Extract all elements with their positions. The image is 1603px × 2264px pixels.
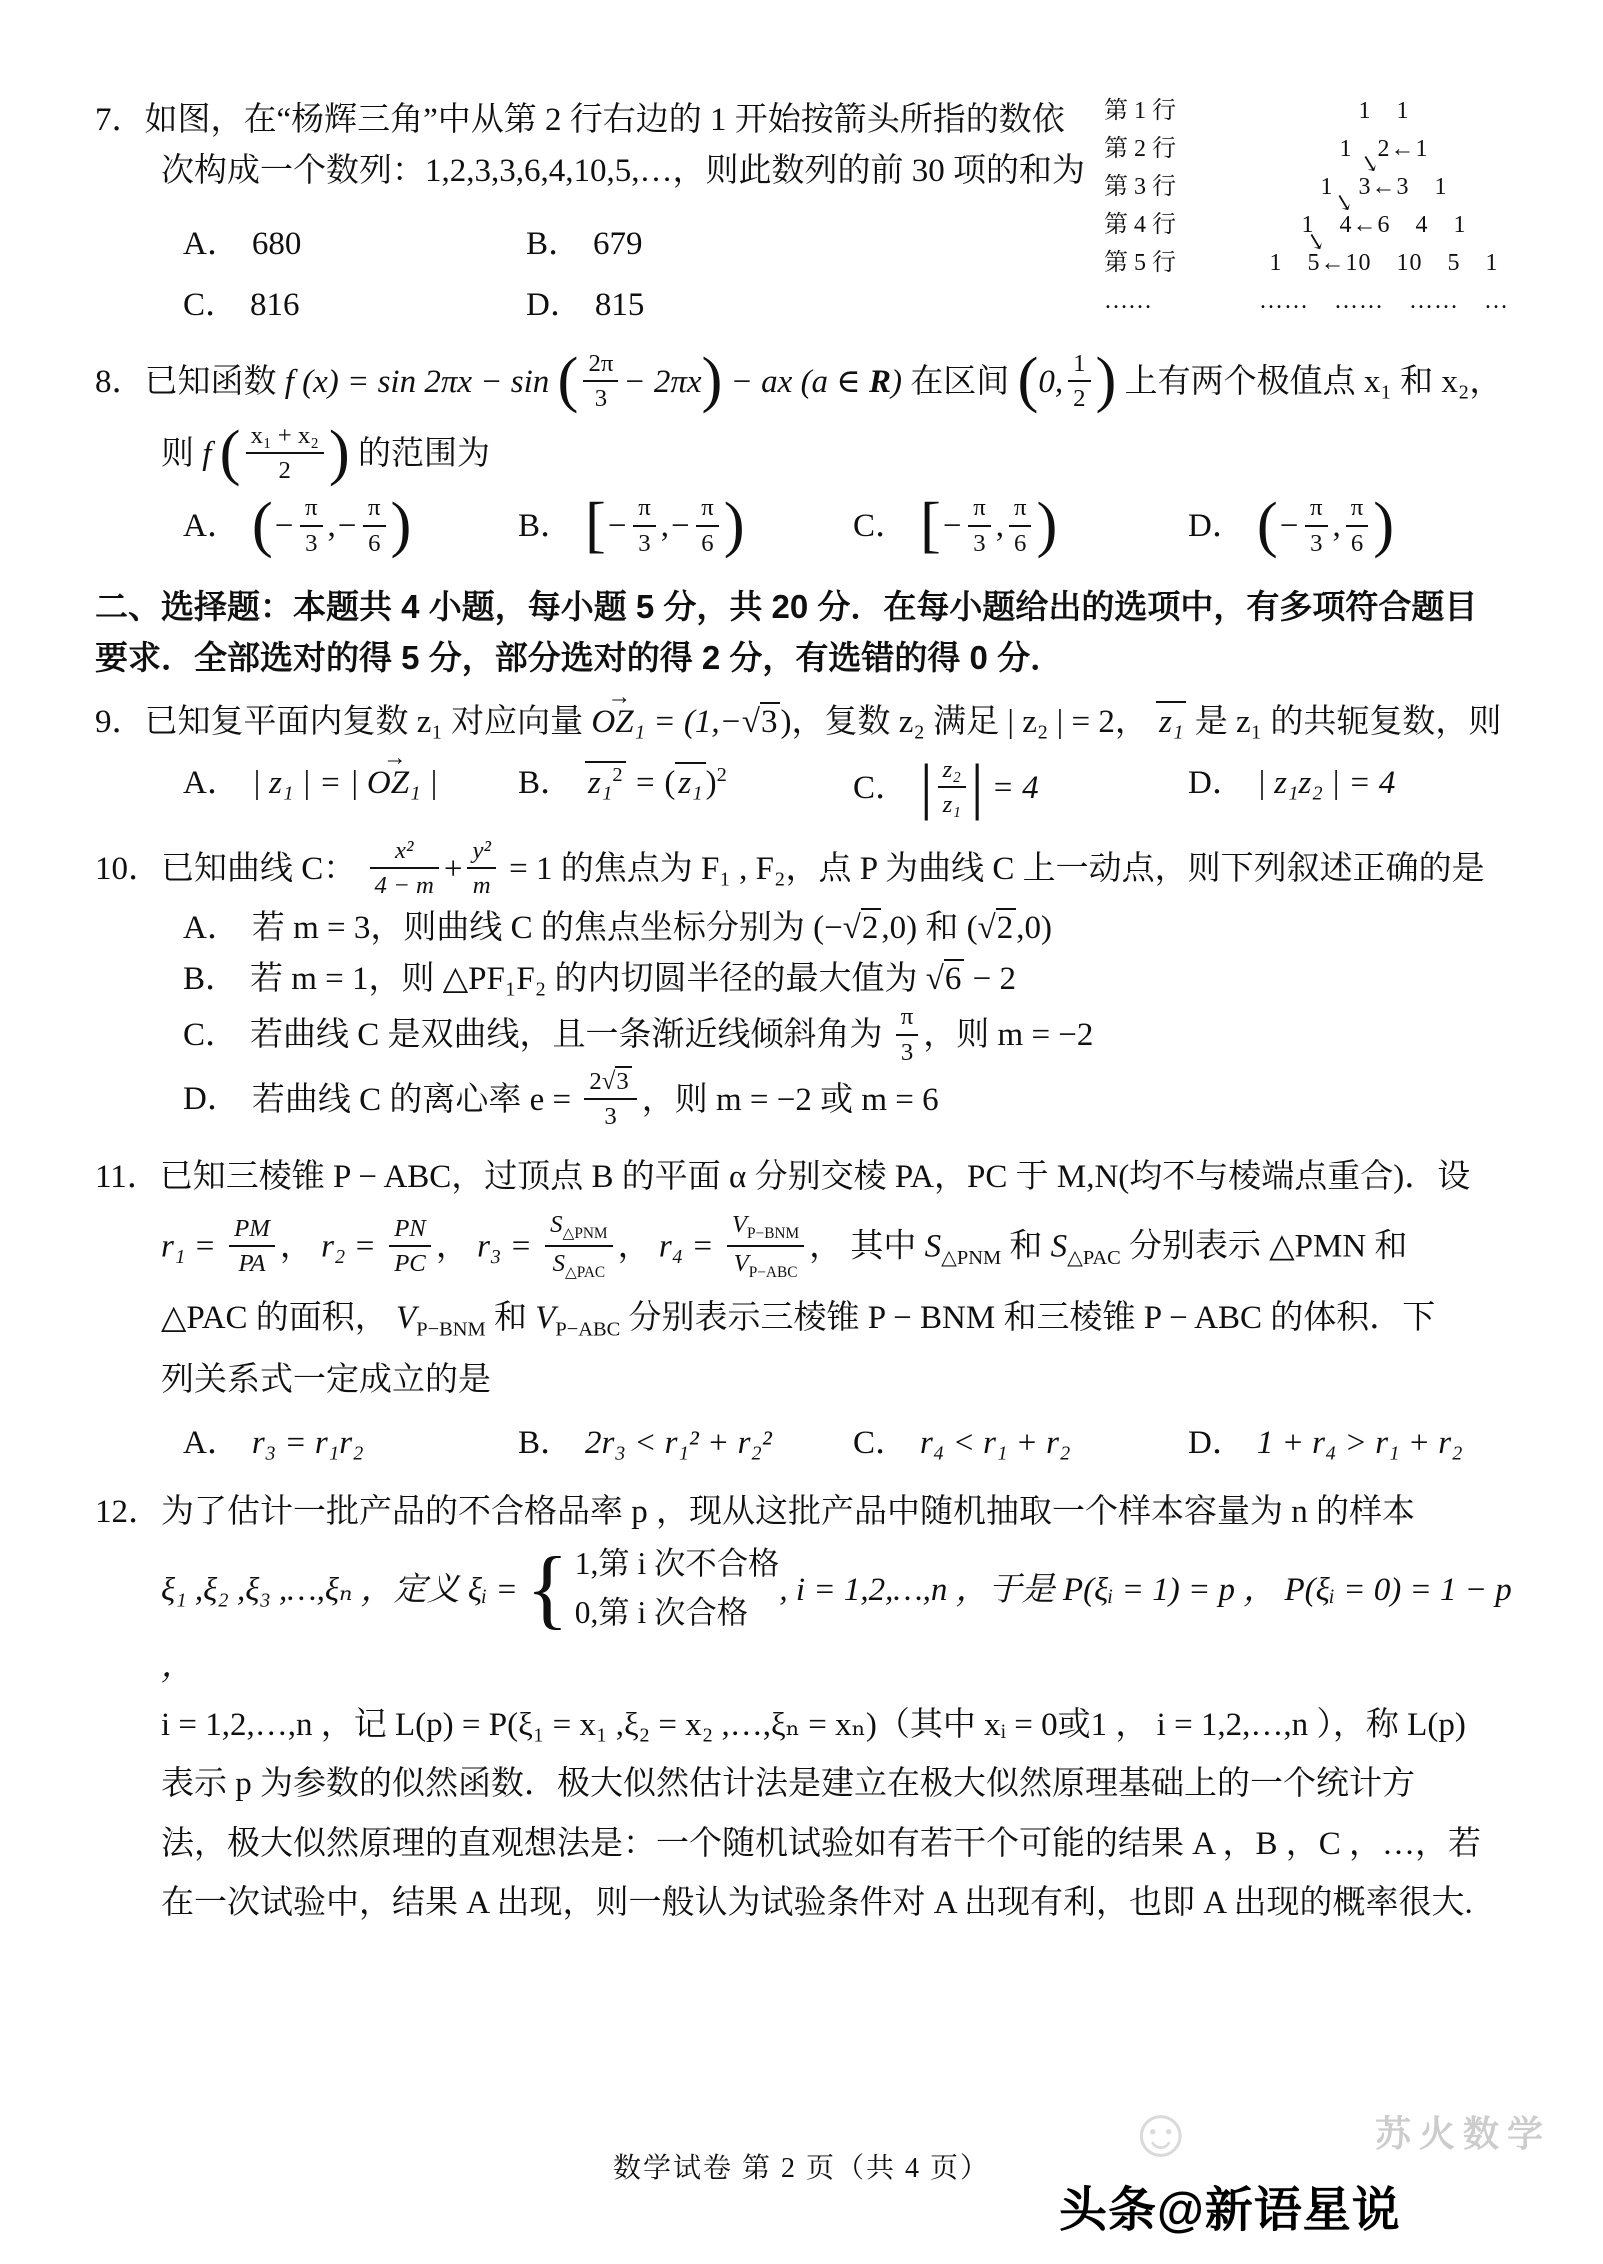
sqrt-icon: √ bbox=[978, 910, 996, 946]
comma: ， bbox=[809, 1229, 842, 1265]
question-10-text: = 1 的焦点为 F₁ , F₂，点 P 为曲线 C 上一动点，则下列叙述正确的… bbox=[501, 850, 1485, 886]
sqrt-icon: √ bbox=[926, 961, 944, 997]
vector-OZ1: →OZ₁ bbox=[367, 758, 421, 809]
sqrt-radicand: 2 bbox=[861, 908, 882, 946]
triangle-row: …… …… …… …… … bbox=[1104, 282, 1564, 320]
fraction-denominator: 6 bbox=[1009, 527, 1032, 558]
left-delim: ( bbox=[252, 489, 273, 559]
fraction-denominator: S△PAC bbox=[545, 1247, 612, 1282]
fraction-numerator: π bbox=[696, 493, 719, 526]
vector-OZ1: →OZ₁ bbox=[591, 697, 645, 748]
formula-text: | bbox=[421, 765, 438, 801]
fraction: PMPA bbox=[229, 1214, 275, 1278]
question-8-line-2: 则 f (x₁ + x₂2) 的范围为 bbox=[95, 424, 1523, 488]
comma: , bbox=[328, 508, 336, 544]
subscript: P−ABC bbox=[555, 1319, 620, 1341]
fraction-denominator: VP−ABC bbox=[727, 1247, 804, 1282]
question-9-text: 9．已知复平面内复数 z₁ 对应向量 bbox=[95, 704, 591, 740]
watermark-faint-text: 苏火数学 bbox=[1375, 2106, 1551, 2157]
question-12-line-5: 法，极大似然原理的直观想法是：一个随机试验如有若干个可能的结果 A ，B ，C … bbox=[95, 1819, 1523, 1870]
formula-text: ξ₁ ,ξ₂ ,ξ₃ ,…,ξₙ ，定义 ξᵢ = bbox=[161, 1572, 518, 1608]
question-8-prefix: 8．已知函数 bbox=[95, 363, 285, 399]
vector-arrow-icon: → bbox=[593, 679, 645, 716]
comma: , bbox=[1333, 508, 1341, 544]
fraction-numerator: π bbox=[300, 493, 323, 526]
fraction: VP−BNMVP−ABC bbox=[727, 1210, 804, 1282]
symbol-base: S bbox=[553, 1250, 565, 1277]
question-11-text: 和 bbox=[1001, 1229, 1051, 1265]
question-11: 11．已知三棱锥 P − ABC，过顶点 B 的平面 α 分别交棱 PA，PC … bbox=[95, 1152, 1523, 1469]
option-value: 1 + r₄ > r₁ + r₂ bbox=[1257, 1425, 1463, 1461]
option-label: B． bbox=[518, 508, 573, 544]
option-label: D． bbox=[526, 287, 583, 323]
question-8-text: 在区间 bbox=[902, 363, 1009, 399]
right-paren: ) bbox=[329, 417, 350, 487]
fraction-denominator: PA bbox=[229, 1247, 275, 1278]
option-value: 815 bbox=[595, 287, 645, 323]
option-10a: A．若 m = 3，则曲线 C 的焦点坐标分别为 (−√2,0) 和 (√2,0… bbox=[95, 903, 1523, 954]
option-11b: B．2r₃ < r₁² + r₂² bbox=[518, 1418, 853, 1469]
question-11-text: 分别表示 △PMN 和 bbox=[1121, 1229, 1408, 1265]
question-10-text: 10．已知曲线 C： bbox=[95, 850, 365, 886]
question-8-text: 上有两个极值点 x₁ 和 x₂， bbox=[1116, 363, 1502, 399]
fraction-denominator: m bbox=[467, 869, 495, 900]
right-paren: ) bbox=[706, 765, 717, 801]
triangle-row-label: …… bbox=[1104, 289, 1204, 313]
question-8: 8．已知函数 f (x) = sin 2πx − sin (2π3− 2πx) … bbox=[95, 352, 1523, 561]
option-11c: C．r₄ < r₁ + r₂ bbox=[853, 1418, 1188, 1469]
fraction-denominator: 3 bbox=[300, 527, 323, 558]
left-paren: ( bbox=[558, 344, 579, 414]
option-8c: C．[−π3,π6) bbox=[853, 496, 1188, 560]
conjugate-z1: z₁ bbox=[1156, 701, 1186, 740]
piecewise-definition: {1,第 i 次不合格0,第 i 次合格 bbox=[526, 1540, 779, 1637]
watermark-main-text: 头条@新语星说 bbox=[1059, 2171, 1401, 2240]
right-delim: ) bbox=[724, 489, 745, 559]
triangle-row-label: 第 4 行 bbox=[1104, 213, 1204, 237]
formula-text: − 2πx bbox=[623, 363, 701, 399]
fraction: π3 bbox=[896, 1002, 919, 1066]
question-11-text: 其中 bbox=[842, 1229, 925, 1265]
left-brace: { bbox=[526, 1549, 569, 1629]
question-11-line-4: 列关系式一定成立的是 bbox=[95, 1355, 1523, 1406]
comma: ， bbox=[618, 1229, 659, 1265]
sqrt-expression: √2 bbox=[978, 908, 1017, 946]
left-delim: [ bbox=[585, 489, 606, 559]
formula-text: ) bbox=[891, 363, 902, 399]
option-8d: D．(−π3,π6) bbox=[1188, 496, 1523, 560]
question-7-line-1: 7．如图，在“杨辉三角”中从第 2 行右边的 1 开始按箭头所指的数依 bbox=[95, 95, 1105, 146]
option-label: D． bbox=[1188, 1425, 1245, 1461]
triangle-row-numbers: 1 3←3 1 bbox=[1204, 175, 1564, 199]
smiley-watermark-icon: ☺ bbox=[1125, 2094, 1196, 2174]
fraction-numerator: 2√3 bbox=[584, 1067, 636, 1100]
option-value: 679 bbox=[593, 226, 643, 262]
minus-sign: − bbox=[941, 508, 963, 544]
fraction: S△PNMS△PAC bbox=[545, 1210, 612, 1282]
question-11-line-2: r₁ = PMPA， r₂ = PNPC， r₃ = S△PNMS△PAC， r… bbox=[95, 1213, 1523, 1285]
fraction: x²4 − m bbox=[370, 836, 439, 900]
question-12-line-3: i = 1,2,…,n ，记 L(p) = P(ξ₁ = x₁ ,ξ₂ = x₂… bbox=[95, 1700, 1523, 1751]
option-9c: C．|z₂z₁| = 4 bbox=[853, 758, 1188, 822]
fraction: π6 bbox=[363, 493, 386, 557]
sqrt-expression: √3 bbox=[602, 1066, 632, 1095]
fraction-numerator: π bbox=[633, 493, 656, 526]
subscript: P−BNM bbox=[416, 1319, 485, 1341]
triangle-row: 第 2 行 1 2←1 bbox=[1104, 130, 1564, 168]
equals-sign: = bbox=[626, 765, 665, 801]
fraction-denominator: 3 bbox=[583, 382, 618, 413]
question-9-options: A．| z₁ | = | →OZ₁ | B．z₁2 = (z₁)2 C．|z₂z… bbox=[95, 758, 1523, 822]
left-paren: ( bbox=[664, 765, 675, 801]
option-value: r₄ < r₁ + r₂ bbox=[920, 1425, 1070, 1461]
sqrt-radicand: 2 bbox=[996, 908, 1017, 946]
case-top: 1,第 i 次不合格 bbox=[575, 1540, 780, 1589]
fraction: π6 bbox=[1346, 493, 1369, 557]
option-text: 若 m = 3，则曲线 C 的焦点坐标分别为 (− bbox=[252, 910, 843, 946]
question-10-line-1: 10．已知曲线 C： x²4 − m+y²m = 1 的焦点为 F₁ , F₂，… bbox=[95, 839, 1523, 903]
question-11-text: △PAC 的面积， bbox=[161, 1300, 396, 1336]
formula-text: = 4 bbox=[983, 770, 1038, 806]
fraction: PNPC bbox=[389, 1214, 431, 1278]
option-value: 816 bbox=[250, 287, 300, 323]
option-label: A． bbox=[183, 1425, 240, 1461]
question-7-line-2: 次构成一个数列：1,2,3,3,6,4,10,5,…，则此数列的前 30 项的和… bbox=[95, 146, 1171, 197]
subscript: P−ABC bbox=[749, 1264, 798, 1281]
question-8-text: 则 bbox=[161, 436, 202, 472]
fraction: π6 bbox=[1009, 493, 1032, 557]
fraction: 2π3 bbox=[583, 349, 618, 413]
triangle-row-numbers: 1 5←10 10 5 1 bbox=[1204, 251, 1564, 275]
right-delim: ) bbox=[391, 489, 412, 559]
fraction-denominator: 6 bbox=[1346, 527, 1369, 558]
fraction-denominator: PC bbox=[389, 1247, 431, 1278]
formula-text: f bbox=[202, 436, 211, 472]
formula-text: r₃ = bbox=[477, 1229, 540, 1265]
triangle-row-label: 第 3 行 bbox=[1104, 175, 1204, 199]
minus-sign: − bbox=[1278, 508, 1300, 544]
formula-text: 0, bbox=[1038, 363, 1063, 399]
option-text: 若曲线 C 是双曲线，且一条渐近线倾斜角为 bbox=[250, 1017, 891, 1053]
question-8-text: 的范围为 bbox=[350, 436, 490, 472]
option-10c: C．若曲线 C 是双曲线，且一条渐近线倾斜角为 π3，则 m = −2 bbox=[95, 1005, 1523, 1069]
fraction-numerator: π bbox=[1305, 493, 1328, 526]
fraction-denominator: 2 bbox=[246, 454, 324, 485]
triangle-row: 第 1 行 1 1 bbox=[1104, 92, 1564, 130]
formula-text-bold-R: R bbox=[869, 363, 891, 399]
option-10b: B．若 m = 1，则 △PF₁F₂ 的内切圆半径的最大值为 √6 − 2 bbox=[95, 954, 1523, 1005]
option-label: B． bbox=[518, 1425, 573, 1461]
fraction-denominator: 3 bbox=[896, 1036, 919, 1067]
fraction-numerator: π bbox=[363, 493, 386, 526]
question-11-line-1: 11．已知三棱锥 P − ABC，过顶点 B 的平面 α 分别交棱 PA，PC … bbox=[95, 1152, 1523, 1203]
piecewise-cases: 1,第 i 次不合格0,第 i 次合格 bbox=[575, 1540, 780, 1637]
option-8b: B．[−π3,−π6) bbox=[518, 496, 853, 560]
fraction-numerator: x₁ + x₂ bbox=[246, 421, 324, 454]
minus-sign: − bbox=[669, 508, 691, 544]
option-label: A． bbox=[183, 910, 240, 946]
superscript: 2 bbox=[612, 764, 622, 786]
fraction: π3 bbox=[633, 493, 656, 557]
formula-text: f (x) = sin 2πx − sin bbox=[285, 363, 550, 399]
question-11-text: 分别表示三棱锥 P − BNM 和三棱锥 P − ABC 的体积．下 bbox=[620, 1300, 1435, 1336]
conjugate-expression: z₁2 bbox=[585, 761, 626, 801]
sqrt-expression: √2 bbox=[843, 908, 882, 946]
coefficient: 2 bbox=[589, 1068, 601, 1095]
option-label: B． bbox=[183, 961, 238, 997]
sqrt-radicand: 6 bbox=[944, 959, 965, 997]
formula-text: = (1,− bbox=[645, 704, 742, 740]
option-7d: D．815 bbox=[526, 280, 869, 331]
plus-sign: + bbox=[444, 850, 463, 886]
formula-text: | z₁z₂ | = 4 bbox=[1257, 765, 1396, 801]
fraction: π6 bbox=[696, 493, 719, 557]
sqrt-icon: √ bbox=[843, 910, 861, 946]
question-12-line-6: 在一次试验中，结果 A 出现，则一般认为试验条件对 A 出现有利，也即 A 出现… bbox=[95, 1878, 1523, 1929]
question-11-text: 和 bbox=[486, 1300, 536, 1336]
option-text: 若 m = 1，则 △PF₁F₂ 的内切圆半径的最大值为 bbox=[250, 961, 926, 997]
option-value: 2r₃ < r₁² + r₂² bbox=[585, 1425, 772, 1461]
fraction: z₂z₁ bbox=[938, 755, 966, 819]
symbol-base: V bbox=[396, 1300, 416, 1336]
triangle-row-numbers: 1 1 bbox=[1204, 99, 1564, 123]
option-value: r₃ = r₁r₂ bbox=[252, 1425, 364, 1461]
fraction: 12 bbox=[1068, 349, 1090, 413]
option-label: C． bbox=[853, 1425, 908, 1461]
option-text: ，则 m = −2 bbox=[923, 1017, 1093, 1053]
case-bottom: 0,第 i 次合格 bbox=[575, 1589, 780, 1638]
subscript: △PNM bbox=[563, 1225, 608, 1242]
option-label: B． bbox=[518, 765, 573, 801]
question-9-line-1: 9．已知复平面内复数 z₁ 对应向量 →OZ₁ = (1,−√3)，复数 z₂ … bbox=[95, 697, 1523, 748]
symbol-base: V bbox=[732, 1211, 747, 1238]
fraction-numerator: S△PNM bbox=[545, 1210, 612, 1247]
subscript: P−BNM bbox=[747, 1225, 799, 1242]
option-text: ，则 m = −2 或 m = 6 bbox=[642, 1081, 939, 1117]
comma: , bbox=[661, 508, 669, 544]
fraction: π3 bbox=[968, 493, 991, 557]
fraction-numerator: π bbox=[1346, 493, 1369, 526]
right-delim: ) bbox=[1036, 489, 1057, 559]
abs-bar: | bbox=[920, 751, 933, 821]
fraction: y²m bbox=[467, 836, 495, 900]
question-9-text: )，复数 z₂ 满足 | z₂ | = 2， bbox=[780, 704, 1156, 740]
option-9b: B．z₁2 = (z₁)2 bbox=[518, 758, 853, 822]
fraction-denominator: 3 bbox=[584, 1100, 636, 1131]
yanghui-triangle-figure: 第 1 行 1 1 第 2 行 1 2←1 第 3 行 1 3←3 1 第 4 … bbox=[1104, 92, 1564, 320]
fraction-numerator: x² bbox=[370, 836, 439, 869]
triangle-row-numbers: 1 2←1 bbox=[1204, 137, 1564, 161]
option-label: D． bbox=[1188, 765, 1245, 801]
question-12-line-4: 表示 p 为参数的似然函数．极大似然估计法是建立在极大似然原理基础上的一个统计方 bbox=[95, 1759, 1523, 1810]
fraction-denominator: 6 bbox=[363, 527, 386, 558]
formula-text: r₁ = bbox=[161, 1229, 224, 1265]
fraction-denominator: 6 bbox=[696, 527, 719, 558]
subscript: △PNM bbox=[941, 1247, 1001, 1269]
section-2-header: 二、选择题：本题共 4 小题，每小题 5 分，共 20 分．在每小题给出的选项中… bbox=[95, 581, 1523, 683]
option-9a: A．| z₁ | = | →OZ₁ | bbox=[183, 758, 518, 822]
symbol-base: V bbox=[734, 1250, 749, 1277]
option-text: ,0) bbox=[1016, 910, 1052, 946]
formula-text: z₁ bbox=[588, 765, 612, 801]
question-9-text: 是 z₁ 的共轭复数，则 bbox=[1186, 704, 1501, 740]
fraction-numerator: π bbox=[896, 1002, 919, 1035]
fraction-numerator: π bbox=[968, 493, 991, 526]
sqrt-radicand: 3 bbox=[760, 702, 781, 740]
option-11a: A．r₃ = r₁r₂ bbox=[183, 1418, 518, 1469]
question-8-options: A．(−π3,−π6) B．[−π3,−π6) C．[−π3,π6) D．(−π… bbox=[95, 496, 1523, 560]
fraction: 2√33 bbox=[584, 1067, 636, 1131]
vector-arrow-icon: → bbox=[369, 740, 421, 777]
option-8a: A．(−π3,−π6) bbox=[183, 496, 518, 560]
fraction-numerator: 1 bbox=[1068, 349, 1090, 382]
question-10: 10．已知曲线 C： x²4 − m+y²m = 1 的焦点为 F₁ , F₂，… bbox=[95, 839, 1523, 1135]
question-8-line-1: 8．已知函数 f (x) = sin 2πx − sin (2π3− 2πx) … bbox=[95, 352, 1523, 416]
comma: , bbox=[996, 508, 1004, 544]
subscript: △PAC bbox=[1067, 1247, 1121, 1269]
symbol-base: S bbox=[550, 1211, 562, 1238]
option-label: A． bbox=[183, 765, 240, 801]
option-text: ,0) 和 ( bbox=[881, 910, 977, 946]
fraction-numerator: 2π bbox=[583, 349, 618, 382]
watermark: ☺ 苏火数学 头条@新语星说 bbox=[1059, 2110, 1559, 2250]
sqrt-icon: √ bbox=[602, 1068, 616, 1095]
right-delim: ) bbox=[1373, 489, 1394, 559]
option-label: C． bbox=[183, 287, 238, 323]
left-paren: ( bbox=[1018, 344, 1039, 414]
sqrt-expression: √3 bbox=[742, 702, 781, 740]
option-label: C． bbox=[183, 1017, 238, 1053]
option-label: C． bbox=[853, 508, 908, 544]
formula-text: − ax (a ∈ bbox=[731, 363, 869, 399]
minus-sign: − bbox=[273, 508, 295, 544]
conjugate-z1: z₁ bbox=[675, 762, 705, 801]
sqrt-icon: √ bbox=[742, 704, 760, 740]
fraction-numerator: PN bbox=[389, 1214, 431, 1247]
option-label: B． bbox=[526, 226, 581, 262]
sqrt-radicand: 3 bbox=[615, 1066, 631, 1095]
triangle-row-numbers: 1 4←6 4 1 bbox=[1204, 213, 1564, 237]
triangle-row-numbers: …… …… …… … bbox=[1204, 289, 1564, 313]
fraction-denominator: 3 bbox=[1305, 527, 1328, 558]
minus-sign: − bbox=[606, 508, 628, 544]
symbol-base: S bbox=[1051, 1229, 1068, 1265]
option-label: C． bbox=[853, 770, 908, 806]
sqrt-expression: √6 bbox=[926, 959, 965, 997]
question-12-line-2: ξ₁ ,ξ₂ ,ξ₃ ,…,ξₙ ，定义 ξᵢ = {1,第 i 次不合格0,第… bbox=[95, 1544, 1523, 1692]
option-10d: D．若曲线 C 的离心率 e = 2√33，则 m = −2 或 m = 6 bbox=[95, 1070, 1523, 1134]
right-paren: ) bbox=[702, 344, 723, 414]
option-text: − 2 bbox=[964, 961, 1016, 997]
exam-page: 第 1 行 1 1 第 2 行 1 2←1 第 3 行 1 3←3 1 第 4 … bbox=[0, 0, 1603, 2264]
section-2-header-line-1: 二、选择题：本题共 4 小题，每小题 5 分，共 20 分．在每小题给出的选项中… bbox=[95, 581, 1523, 632]
symbol-base: S bbox=[925, 1229, 942, 1265]
question-12-line-1: 12．为了估计一批产品的不合格品率 p ，现从这批产品中随机抽取一个样本容量为 … bbox=[95, 1487, 1523, 1538]
option-value: 680 bbox=[252, 226, 302, 262]
fraction-denominator: z₁ bbox=[938, 788, 966, 819]
option-text: 若曲线 C 的离心率 e = bbox=[252, 1081, 580, 1117]
fraction-numerator: VP−BNM bbox=[727, 1210, 804, 1247]
option-7a: A．680 bbox=[183, 219, 526, 270]
fraction-denominator: 4 − m bbox=[370, 869, 439, 900]
triangle-row-label: 第 5 行 bbox=[1104, 251, 1204, 275]
symbol-base: V bbox=[535, 1300, 555, 1336]
fraction-numerator: π bbox=[1009, 493, 1032, 526]
question-11-options: A．r₃ = r₁r₂ B．2r₃ < r₁² + r₂² C．r₄ < r₁ … bbox=[95, 1418, 1523, 1469]
option-label: A． bbox=[183, 226, 240, 262]
option-7b: B．679 bbox=[526, 219, 869, 270]
comma: ， bbox=[436, 1229, 477, 1265]
triangle-row: 第 5 行 1 5←10 10 5 1 bbox=[1104, 244, 1564, 282]
left-delim: ( bbox=[1257, 489, 1278, 559]
abs-bar: | bbox=[971, 751, 984, 821]
section-2-header-line-2: 要求．全部选对的得 5 分，部分选对的得 2 分，有选错的得 0 分． bbox=[95, 632, 1523, 683]
option-9d: D．| z₁z₂ | = 4 bbox=[1188, 758, 1523, 822]
triangle-row-label: 第 1 行 bbox=[1104, 99, 1204, 123]
fraction-denominator: 3 bbox=[968, 527, 991, 558]
fraction-numerator: PM bbox=[229, 1214, 275, 1247]
minus-sign: − bbox=[336, 508, 358, 544]
formula-text: r₂ = bbox=[321, 1229, 384, 1265]
fraction: π3 bbox=[1305, 493, 1328, 557]
fraction: π3 bbox=[300, 493, 323, 557]
option-label: A． bbox=[183, 508, 240, 544]
formula-text: | z₁ | = | bbox=[252, 765, 367, 801]
question-12: 12．为了估计一批产品的不合格品率 p ，现从这批产品中随机抽取一个样本容量为 … bbox=[95, 1487, 1523, 1929]
formula-text: r₄ = bbox=[659, 1229, 722, 1265]
question-9: 9．已知复平面内复数 z₁ 对应向量 →OZ₁ = (1,−√3)，复数 z₂ … bbox=[95, 697, 1523, 823]
left-paren: ( bbox=[220, 417, 241, 487]
fraction-denominator: 2 bbox=[1068, 382, 1090, 413]
option-11d: D．1 + r₄ > r₁ + r₂ bbox=[1188, 1418, 1523, 1469]
option-label: D． bbox=[183, 1081, 240, 1117]
subscript: △PAC bbox=[565, 1264, 605, 1281]
left-delim: [ bbox=[920, 489, 941, 559]
question-11-line-3: △PAC 的面积， VP−BNM 和 VP−ABC 分别表示三棱锥 P − BN… bbox=[95, 1293, 1523, 1346]
fraction: x₁ + x₂2 bbox=[246, 421, 324, 485]
comma: ， bbox=[280, 1229, 321, 1265]
triangle-row-label: 第 2 行 bbox=[1104, 137, 1204, 161]
fraction-numerator: y² bbox=[467, 836, 495, 869]
superscript: 2 bbox=[717, 764, 727, 786]
right-paren: ) bbox=[1096, 344, 1117, 414]
fraction-numerator: z₂ bbox=[938, 755, 966, 788]
option-7c: C．816 bbox=[183, 280, 526, 331]
option-label: D． bbox=[1188, 508, 1245, 544]
fraction-denominator: 3 bbox=[633, 527, 656, 558]
